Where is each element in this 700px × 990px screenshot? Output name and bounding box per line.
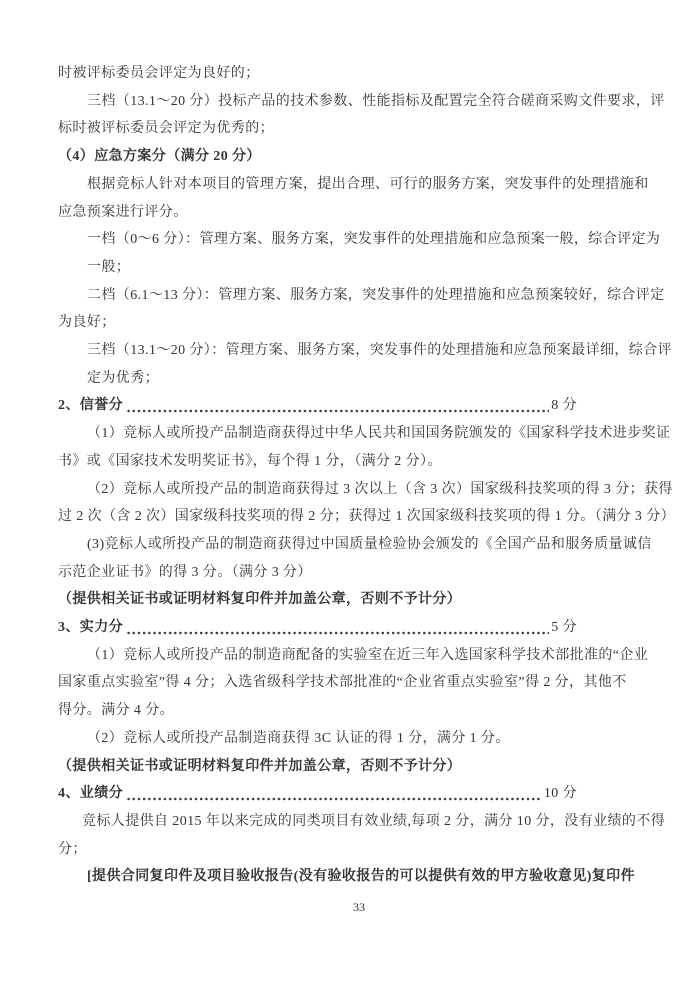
paragraph-line: 应急预案进行评分。	[58, 199, 660, 227]
document-page: 时被评标委员会评定为良好的； 三档（13.1～20 分）投标产品的技术参数、性能…	[0, 0, 700, 990]
paragraph-line: 定为优秀；	[58, 365, 660, 393]
dot-leader	[125, 614, 549, 642]
paragraph-line: 过 2 次（含 2 次）国家级科技奖项的得 2 分；获得过 1 次国家级科技奖项…	[58, 503, 660, 531]
section-score: 5 分	[551, 614, 577, 642]
certificate-note: （提供相关证书或证明材料复印件并加盖公章，否则不予计分）	[58, 753, 660, 781]
section-score-line-performance: 4、业绩分 10 分	[58, 780, 577, 808]
paragraph-line: 三档（13.1～20 分）：管理方案、服务方案，突发事件的处理措施和应急预案最详…	[58, 337, 660, 365]
paragraph-line: 分；	[58, 836, 660, 864]
paragraph-line: 时被评标委员会评定为良好的；	[58, 60, 660, 88]
certificate-note: （提供相关证书或证明材料复印件并加盖公章，否则不予计分）	[58, 586, 660, 614]
paragraph-line: 一般；	[58, 254, 660, 282]
contract-note: [提供合同复印件及项目验收报告(没有验收报告的可以提供有效的甲方验收意见)复印件	[58, 863, 660, 891]
paragraph-line: 示范企业证书》的得 3 分。（满分 3 分）	[58, 559, 660, 587]
section-title: 3、实力分	[58, 614, 123, 642]
paragraph-line: 根据竞标人针对本项目的管理方案，提出合理、可行的服务方案，突发事件的处理措施和	[58, 171, 660, 199]
paragraph-line: 书》或《国家技术发明奖证书》，每个得 1 分，（满分 2 分）。	[58, 448, 660, 476]
paragraph-line: 三档（13.1～20 分）投标产品的技术参数、性能指标及配置完全符合磋商采购文件…	[58, 88, 660, 116]
paragraph-line: （1）竞标人或所投产品制造商获得过中华人民共和国国务院颁发的《国家科学技术进步奖…	[58, 420, 660, 448]
section-score-line-reputation: 2、信誉分 8 分	[58, 392, 577, 420]
paragraph-line: 二档（6.1～13 分）：管理方案、服务方案，突发事件的处理措施和应急预案较好，…	[58, 282, 660, 310]
paragraph-line: 国家重点实验室”得 4 分；入选省级科学技术部批准的“企业省重点实验室”得 2 …	[58, 669, 660, 697]
paragraph-line: 一档（0～6 分）：管理方案、服务方案，突发事件的处理措施和应急预案一般，综合评…	[58, 226, 660, 254]
section-score: 10 分	[544, 780, 577, 808]
paragraph-line: 标时被评标委员会评定为优秀的；	[58, 115, 660, 143]
dot-leader	[125, 392, 549, 420]
section-title: 2、信誉分	[58, 392, 123, 420]
dot-leader	[125, 780, 542, 808]
section-heading-emergency-plan: （4）应急方案分（满分 20 分）	[58, 143, 660, 171]
section-title: 4、业绩分	[58, 780, 123, 808]
paragraph-line: (3)竞标人或所投产品的制造商获得过中国质量检验协会颁发的《全国产品和服务质量诚…	[58, 531, 660, 559]
paragraph-line: 得分。满分 4 分。	[58, 697, 660, 725]
paragraph-line: （2）竞标人或所投产品的制造商获得过 3 次以上（含 3 次）国家级科技奖项的得…	[58, 476, 660, 504]
paragraph-line: 为良好；	[58, 309, 660, 337]
paragraph-line: （2）竞标人或所投产品制造商获得 3C 认证的得 1 分，满分 1 分。	[58, 725, 660, 753]
section-score-line-strength: 3、实力分 5 分	[58, 614, 577, 642]
page-number: 33	[58, 894, 660, 922]
paragraph-line: 竞标人提供自 2015 年以来完成的同类项目有效业绩,每项 2 分，满分 10 …	[58, 808, 660, 836]
paragraph-line: （1）竞标人或所投产品的制造商配备的实验室在近三年入选国家科学技术部批准的“企业	[58, 642, 660, 670]
section-score: 8 分	[551, 392, 577, 420]
